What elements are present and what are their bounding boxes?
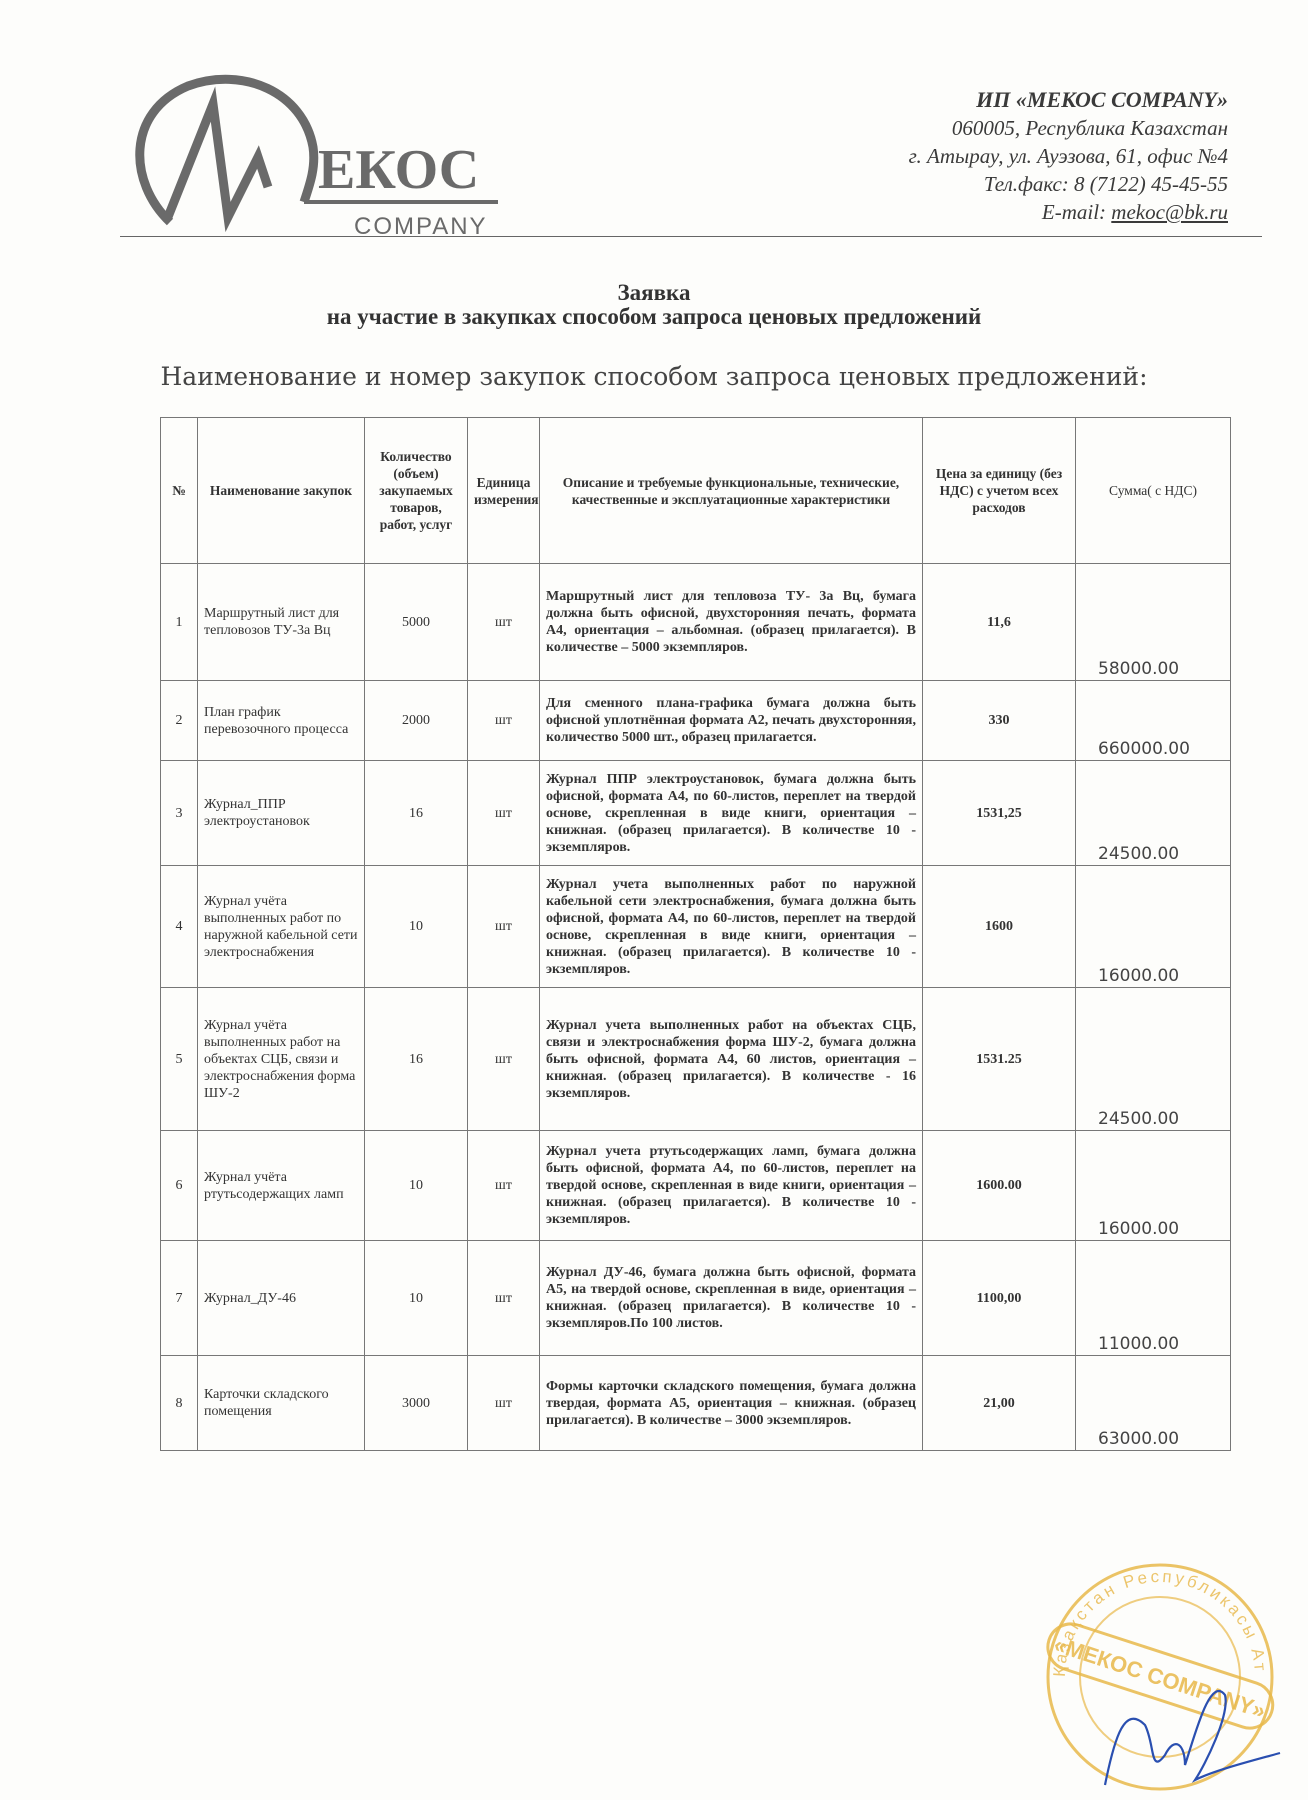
company-stamp: «МЕКОС COMPANY» Қазақстан Республикасы А…	[1035, 1555, 1285, 1800]
table-header-row: № Наименование закупок Количество (объем…	[161, 418, 1231, 564]
item-sum: 16000.00	[1076, 1131, 1231, 1241]
item-unit: шт	[468, 1356, 540, 1451]
item-quantity: 10	[365, 1241, 468, 1356]
header-desc: Описание и требуемые функциональные, тех…	[540, 418, 923, 564]
item-unit: шт	[468, 988, 540, 1131]
item-unit-price: 11,6	[923, 564, 1076, 681]
item-unit: шт	[468, 564, 540, 681]
row-number: 8	[161, 1356, 198, 1451]
item-description: Маршрутный лист для тепловоза ТУ- 3а Вц,…	[540, 564, 923, 681]
item-quantity: 16	[365, 988, 468, 1131]
document-title: Заявка	[0, 280, 1308, 306]
address-line-2: г. Атырау, ул. Ауэзова, 61, офис №4	[909, 142, 1228, 170]
item-description: Формы карточки складского помещения, бум…	[540, 1356, 923, 1451]
item-description: Журнал ДУ-46, бумага должна быть офисной…	[540, 1241, 923, 1356]
company-logo: ЕКОС COMPANY	[118, 72, 498, 242]
row-number: 7	[161, 1241, 198, 1356]
item-unit-price: 1600.00	[923, 1131, 1076, 1241]
item-unit-price: 330	[923, 681, 1076, 761]
procurement-table: № Наименование закупок Количество (объем…	[160, 417, 1231, 1451]
row-number: 2	[161, 681, 198, 761]
item-quantity: 2000	[365, 681, 468, 761]
table-row: 1Маршрутный лист для тепловозов ТУ-3а Вц…	[161, 564, 1231, 681]
header-divider	[120, 236, 1262, 237]
item-name: Карточки складского помещения	[198, 1356, 365, 1451]
header-name: Наименование закупок	[198, 418, 365, 564]
table-row: 2План график перевозочного процесса2000ш…	[161, 681, 1231, 761]
table-row: 5Журнал учёта выполненных работ на объек…	[161, 988, 1231, 1131]
item-sum: 660000.00	[1076, 681, 1231, 761]
item-unit-price: 1100,00	[923, 1241, 1076, 1356]
item-unit: шт	[468, 681, 540, 761]
header-price: Цена за единицу (без НДС) с учетом всех …	[923, 418, 1076, 564]
item-description: Журнал учета ртутьсодержащих ламп, бумаг…	[540, 1131, 923, 1241]
address-line-1: 060005, Республика Казахстан	[909, 114, 1228, 142]
item-unit-price: 1600	[923, 866, 1076, 988]
document-subtitle: на участие в закупках способом запроса ц…	[0, 304, 1308, 330]
row-number: 1	[161, 564, 198, 681]
item-description: Журнал учета выполненных работ по наружн…	[540, 866, 923, 988]
item-name: Журнал учёта ртутьсодержащих ламп	[198, 1131, 365, 1241]
item-unit-price: 1531,25	[923, 761, 1076, 866]
company-name: ИП «МЕКОС COMPANY»	[909, 86, 1228, 114]
row-number: 3	[161, 761, 198, 866]
table-row: 8Карточки складского помещения3000штФорм…	[161, 1356, 1231, 1451]
item-unit-price: 21,00	[923, 1356, 1076, 1451]
item-sum: 16000.00	[1076, 866, 1231, 988]
svg-text:Қазақстан Республикасы Атырау: Қазақстан Республикасы Атырау қаласы	[1035, 1555, 1270, 1677]
item-name: Журнал_ДУ-46	[198, 1241, 365, 1356]
header-num: №	[161, 418, 198, 564]
stamp-outer-text: Қазақстан Республикасы Атырау қаласы	[1035, 1555, 1270, 1677]
email-label: E-mail:	[1042, 200, 1111, 224]
item-quantity: 10	[365, 866, 468, 988]
row-number: 5	[161, 988, 198, 1131]
item-sum: 11000.00	[1076, 1241, 1231, 1356]
procurement-label: Наименование и номер закупок способом за…	[0, 362, 1308, 391]
item-name: Журнал_ППР электроустановок	[198, 761, 365, 866]
table-row: 3Журнал_ППР электроустановок16штЖурнал П…	[161, 761, 1231, 866]
item-description: Для сменного плана-графика бумага должна…	[540, 681, 923, 761]
item-sum: 58000.00	[1076, 564, 1231, 681]
email-link[interactable]: mekoc@bk.ru	[1111, 200, 1228, 224]
item-name: План график перевозочного процесса	[198, 681, 365, 761]
item-name: Журнал учёта выполненных работ по наружн…	[198, 866, 365, 988]
item-quantity: 3000	[365, 1356, 468, 1451]
item-unit: шт	[468, 866, 540, 988]
header-unit: Единица измерения	[468, 418, 540, 564]
row-number: 6	[161, 1131, 198, 1241]
item-unit-price: 1531.25	[923, 988, 1076, 1131]
item-unit: шт	[468, 761, 540, 866]
item-unit: шт	[468, 1241, 540, 1356]
item-unit: шт	[468, 1131, 540, 1241]
item-description: Журнал ППР электроустановок, бумага долж…	[540, 761, 923, 866]
header-qty: Количество (объем) закупаемых товаров, р…	[365, 418, 468, 564]
table-row: 7Журнал_ДУ-4610штЖурнал ДУ-46, бумага до…	[161, 1241, 1231, 1356]
item-description: Журнал учета выполненных работ на объект…	[540, 988, 923, 1131]
header-sum: Сумма( с НДС)	[1076, 418, 1231, 564]
table-row: 4Журнал учёта выполненных работ по наруж…	[161, 866, 1231, 988]
item-quantity: 16	[365, 761, 468, 866]
logo-word: ЕКОС	[318, 139, 479, 201]
item-sum: 63000.00	[1076, 1356, 1231, 1451]
item-quantity: 5000	[365, 564, 468, 681]
item-sum: 24500.00	[1076, 761, 1231, 866]
item-quantity: 10	[365, 1131, 468, 1241]
item-sum: 24500.00	[1076, 988, 1231, 1131]
row-number: 4	[161, 866, 198, 988]
item-name: Маршрутный лист для тепловозов ТУ-3а Вц	[198, 564, 365, 681]
company-contacts: ИП «МЕКОС COMPANY» 060005, Республика Ка…	[909, 86, 1228, 226]
item-name: Журнал учёта выполненных работ на объект…	[198, 988, 365, 1131]
phone: Тел.факс: 8 (7122) 45-45-55	[909, 170, 1228, 198]
email-row: E-mail: mekoc@bk.ru	[909, 198, 1228, 226]
table-row: 6Журнал учёта ртутьсодержащих ламп10штЖу…	[161, 1131, 1231, 1241]
